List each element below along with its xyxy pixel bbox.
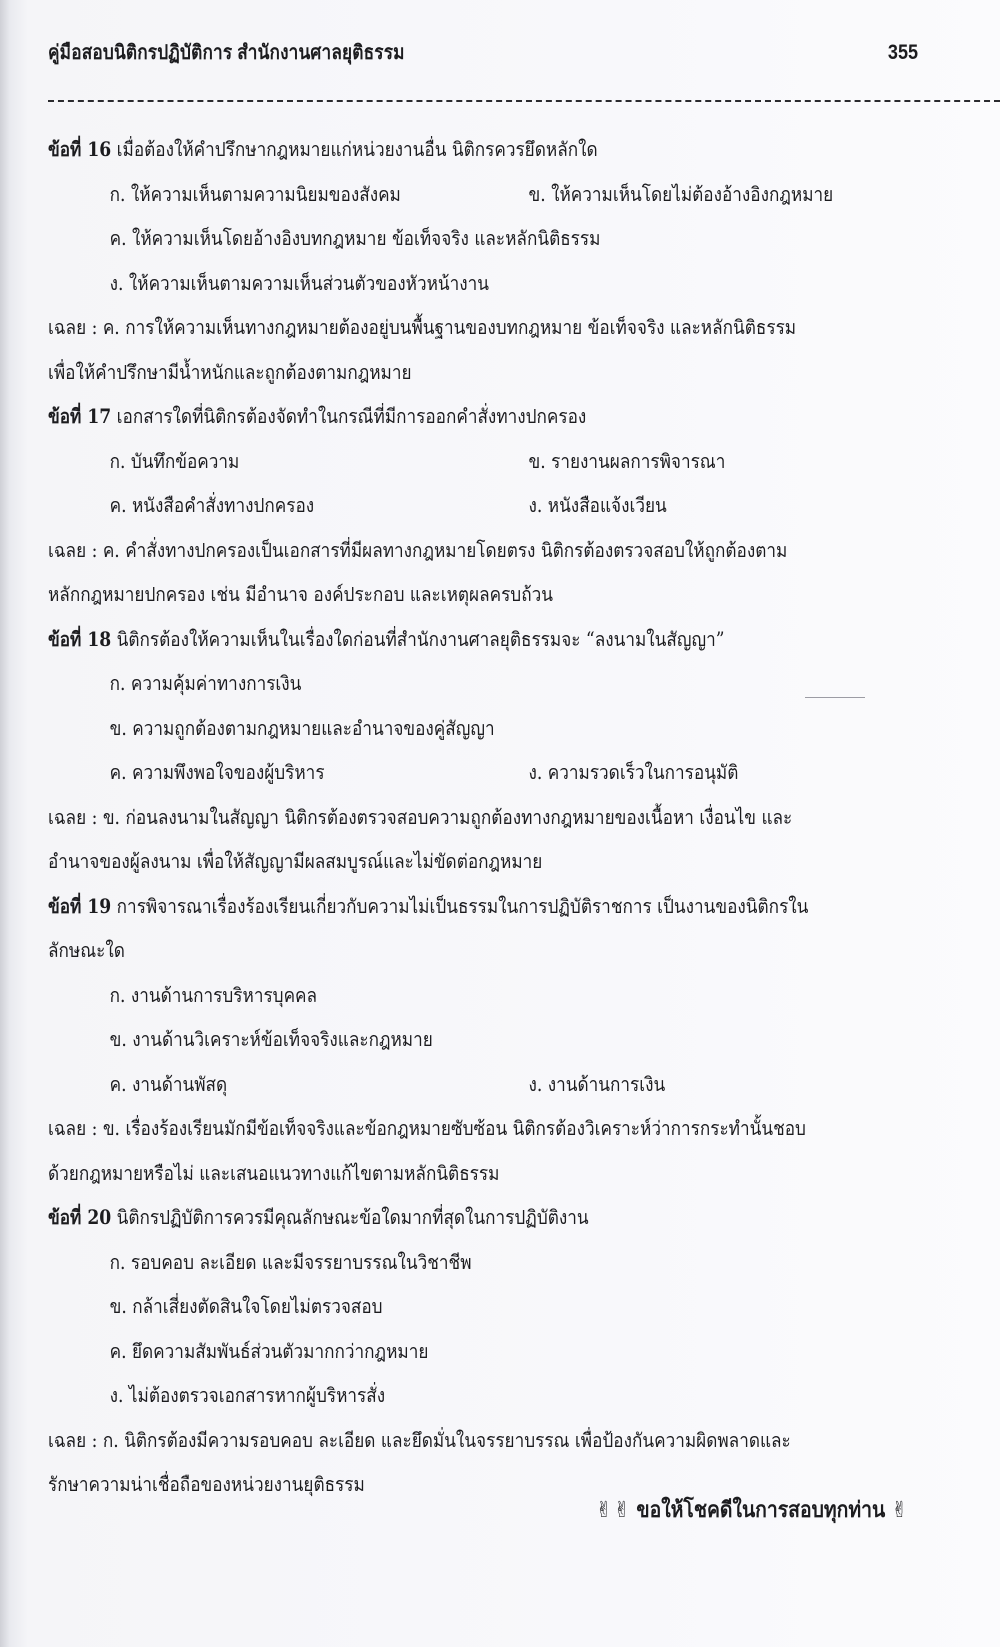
question-number: ข้อที่ 20	[48, 1206, 111, 1229]
option-b: ข. รายงานผลการพิจารณา	[528, 440, 725, 485]
option-a: ก. รอบคอบ ละเอียด และมีจรรยาบรรณในวิชาชี…	[110, 1241, 472, 1286]
options-row: ข. กล้าเสี่ยงตัดสินใจโดยไม่ตรวจสอบ	[48, 1285, 858, 1330]
question-number: ข้อที่ 18	[48, 628, 111, 651]
question-text: เอกสารใดที่นิติกรต้องจัดทำในกรณีที่มีการ…	[117, 405, 587, 428]
victory-hand-icon: ✌	[614, 1497, 630, 1523]
option-c: ค. ความพึงพอใจของผู้บริหาร	[110, 751, 529, 796]
answer-explanation-line-2: ด้วยกฎหมายหรือไม่ และเสนอแนวทางแก้ไขตามห…	[48, 1152, 858, 1197]
answer-explanation-line-1: เฉลย : ก. นิติกรต้องมีความรอบคอบ ละเอียด…	[48, 1419, 858, 1464]
option-d: ง. ให้ความเห็นตามความเห็นส่วนตัวของหัวหน…	[110, 262, 489, 307]
answer-explanation-line-2: อำนาจของผู้ลงนาม เพื่อให้สัญญามีผลสมบูรณ…	[48, 840, 858, 885]
answer-explanation-line-1: เฉลย : ข. ก่อนลงนามในสัญญา นิติกรต้องตรว…	[48, 796, 858, 841]
options-row: ค. ยึดความสัมพันธ์ส่วนตัวมากกว่ากฎหมาย	[48, 1330, 858, 1375]
page-header: คู่มือสอบนิติกรปฏิบัติการ สำนักงานศาลยุต…	[48, 36, 918, 68]
question-text: นิติกรต้องให้ความเห็นในเรื่องใดก่อนที่สำ…	[117, 628, 725, 651]
question-number: ข้อที่ 16	[48, 138, 111, 161]
answer-explanation-line-1: เฉลย : ข. เรื่องร้องเรียนมักมีข้อเท็จจริ…	[48, 1107, 858, 1152]
option-b: ข. ความถูกต้องตามกฎหมายและอำนาจของคู่สัญ…	[110, 707, 495, 752]
options-row: ก. บันทึกข้อความ ข. รายงานผลการพิจารณา	[48, 440, 858, 485]
good-luck-text: ขอให้โชคดีในการสอบทุกท่าน	[636, 1497, 885, 1522]
question-stem-continued: ลักษณะใด	[48, 929, 858, 974]
question-list: ข้อที่ 16 เมื่อต้องให้คำปรึกษากฎหมายแก่ห…	[48, 128, 968, 1508]
question-number: ข้อที่ 19	[48, 895, 111, 918]
question-text: นิติกรปฏิบัติการควรมีคุณลักษณะข้อใดมากที…	[117, 1206, 589, 1229]
answer-explanation-line-1: เฉลย : ค. การให้ความเห็นทางกฎหมายต้องอยู…	[48, 306, 858, 351]
option-b: ข. งานด้านวิเคราะห์ข้อเท็จจริงและกฎหมาย	[110, 1018, 433, 1063]
option-c: ค. งานด้านพัสดุ	[110, 1063, 529, 1108]
options-row: ก. ให้ความเห็นตามความนิยมของสังคม ข. ให้…	[48, 173, 858, 218]
options-row: ง. ไม่ต้องตรวจเอกสารหากผู้บริหารสั่ง	[48, 1374, 858, 1419]
question-text: การพิจารณาเรื่องร้องเรียนเกี่ยวกับความไม…	[117, 895, 809, 918]
question-stem: ข้อที่ 19 การพิจารณาเรื่องร้องเรียนเกี่ย…	[48, 885, 858, 930]
answer-explanation-line-1: เฉลย : ค. คำสั่งทางปกครองเป็นเอกสารที่มี…	[48, 529, 858, 574]
option-a: ก. บันทึกข้อความ	[110, 440, 529, 485]
option-d: ง. งานด้านการเงิน	[528, 1063, 665, 1108]
options-row: ก. ความคุ้มค่าทางการเงิน	[48, 662, 858, 707]
question-16: ข้อที่ 16 เมื่อต้องให้คำปรึกษากฎหมายแก่ห…	[48, 128, 968, 395]
options-row: ก. รอบคอบ ละเอียด และมีจรรยาบรรณในวิชาชี…	[48, 1241, 858, 1286]
question-stem: ข้อที่ 16 เมื่อต้องให้คำปรึกษากฎหมายแก่ห…	[48, 128, 858, 173]
option-d: ง. ความรวดเร็วในการอนุมัติ	[528, 751, 738, 796]
question-18: ข้อที่ 18 นิติกรต้องให้ความเห็นในเรื่องใ…	[48, 618, 968, 885]
options-row: ก. งานด้านการบริหารบุคคล	[48, 974, 858, 1019]
option-b: ข. กล้าเสี่ยงตัดสินใจโดยไม่ตรวจสอบ	[110, 1285, 383, 1330]
option-d: ง. หนังสือแจ้งเวียน	[528, 484, 666, 529]
running-title: คู่มือสอบนิติกรปฏิบัติการ สำนักงานศาลยุต…	[48, 36, 405, 68]
question-17: ข้อที่ 17 เอกสารใดที่นิติกรต้องจัดทำในกร…	[48, 395, 968, 618]
good-luck-footer: ✌✌ ขอให้โชคดีในการสอบทุกท่าน ✌	[595, 1492, 909, 1527]
options-row: ค. หนังสือคำสั่งทางปกครอง ง. หนังสือแจ้ง…	[48, 484, 858, 529]
option-a: ก. ความคุ้มค่าทางการเงิน	[110, 662, 302, 707]
answer-explanation-line-2: เพื่อให้คำปรึกษามีน้ำหนักและถูกต้องตามกฎ…	[48, 351, 858, 396]
victory-hand-icon: ✌	[892, 1497, 908, 1523]
option-a: ก. งานด้านการบริหารบุคคล	[110, 974, 317, 1019]
header-dashed-divider	[48, 100, 1000, 102]
answer-explanation-line-2: หลักกฎหมายปกครอง เช่น มีอำนาจ องค์ประกอบ…	[48, 573, 858, 618]
question-stem: ข้อที่ 17 เอกสารใดที่นิติกรต้องจัดทำในกร…	[48, 395, 858, 440]
book-page: คู่มือสอบนิติกรปฏิบัติการ สำนักงานศาลยุต…	[0, 0, 1000, 1647]
options-row: ข. งานด้านวิเคราะห์ข้อเท็จจริงและกฎหมาย	[48, 1018, 858, 1063]
options-row: ค. งานด้านพัสดุ ง. งานด้านการเงิน	[48, 1063, 858, 1108]
option-c: ค. ยึดความสัมพันธ์ส่วนตัวมากกว่ากฎหมาย	[110, 1330, 429, 1375]
option-a: ก. ให้ความเห็นตามความนิยมของสังคม	[110, 173, 529, 218]
options-row: ข. ความถูกต้องตามกฎหมายและอำนาจของคู่สัญ…	[48, 707, 858, 752]
options-row: ค. ให้ความเห็นโดยอ้างอิงบทกฎหมาย ข้อเท็จ…	[48, 217, 858, 262]
option-d: ง. ไม่ต้องตรวจเอกสารหากผู้บริหารสั่ง	[110, 1374, 386, 1419]
question-19: ข้อที่ 19 การพิจารณาเรื่องร้องเรียนเกี่ย…	[48, 885, 968, 1197]
options-row: ค. ความพึงพอใจของผู้บริหาร ง. ความรวดเร็…	[48, 751, 858, 796]
option-c: ค. ให้ความเห็นโดยอ้างอิงบทกฎหมาย ข้อเท็จ…	[110, 217, 601, 262]
question-stem: ข้อที่ 18 นิติกรต้องให้ความเห็นในเรื่องใ…	[48, 618, 858, 663]
option-c: ค. หนังสือคำสั่งทางปกครอง	[110, 484, 529, 529]
options-row: ง. ให้ความเห็นตามความเห็นส่วนตัวของหัวหน…	[48, 262, 858, 307]
question-text: เมื่อต้องให้คำปรึกษากฎหมายแก่หน่วยงานอื่…	[117, 138, 598, 161]
question-20: ข้อที่ 20 นิติกรปฏิบัติการควรมีคุณลักษณะ…	[48, 1196, 968, 1508]
question-number: ข้อที่ 17	[48, 405, 111, 428]
page-number: 355	[888, 41, 918, 65]
question-stem: ข้อที่ 20 นิติกรปฏิบัติการควรมีคุณลักษณะ…	[48, 1196, 858, 1241]
victory-hand-icon: ✌	[596, 1497, 612, 1523]
scan-artifact-line	[805, 697, 865, 698]
option-b: ข. ให้ความเห็นโดยไม่ต้องอ้างอิงกฎหมาย	[528, 173, 833, 218]
